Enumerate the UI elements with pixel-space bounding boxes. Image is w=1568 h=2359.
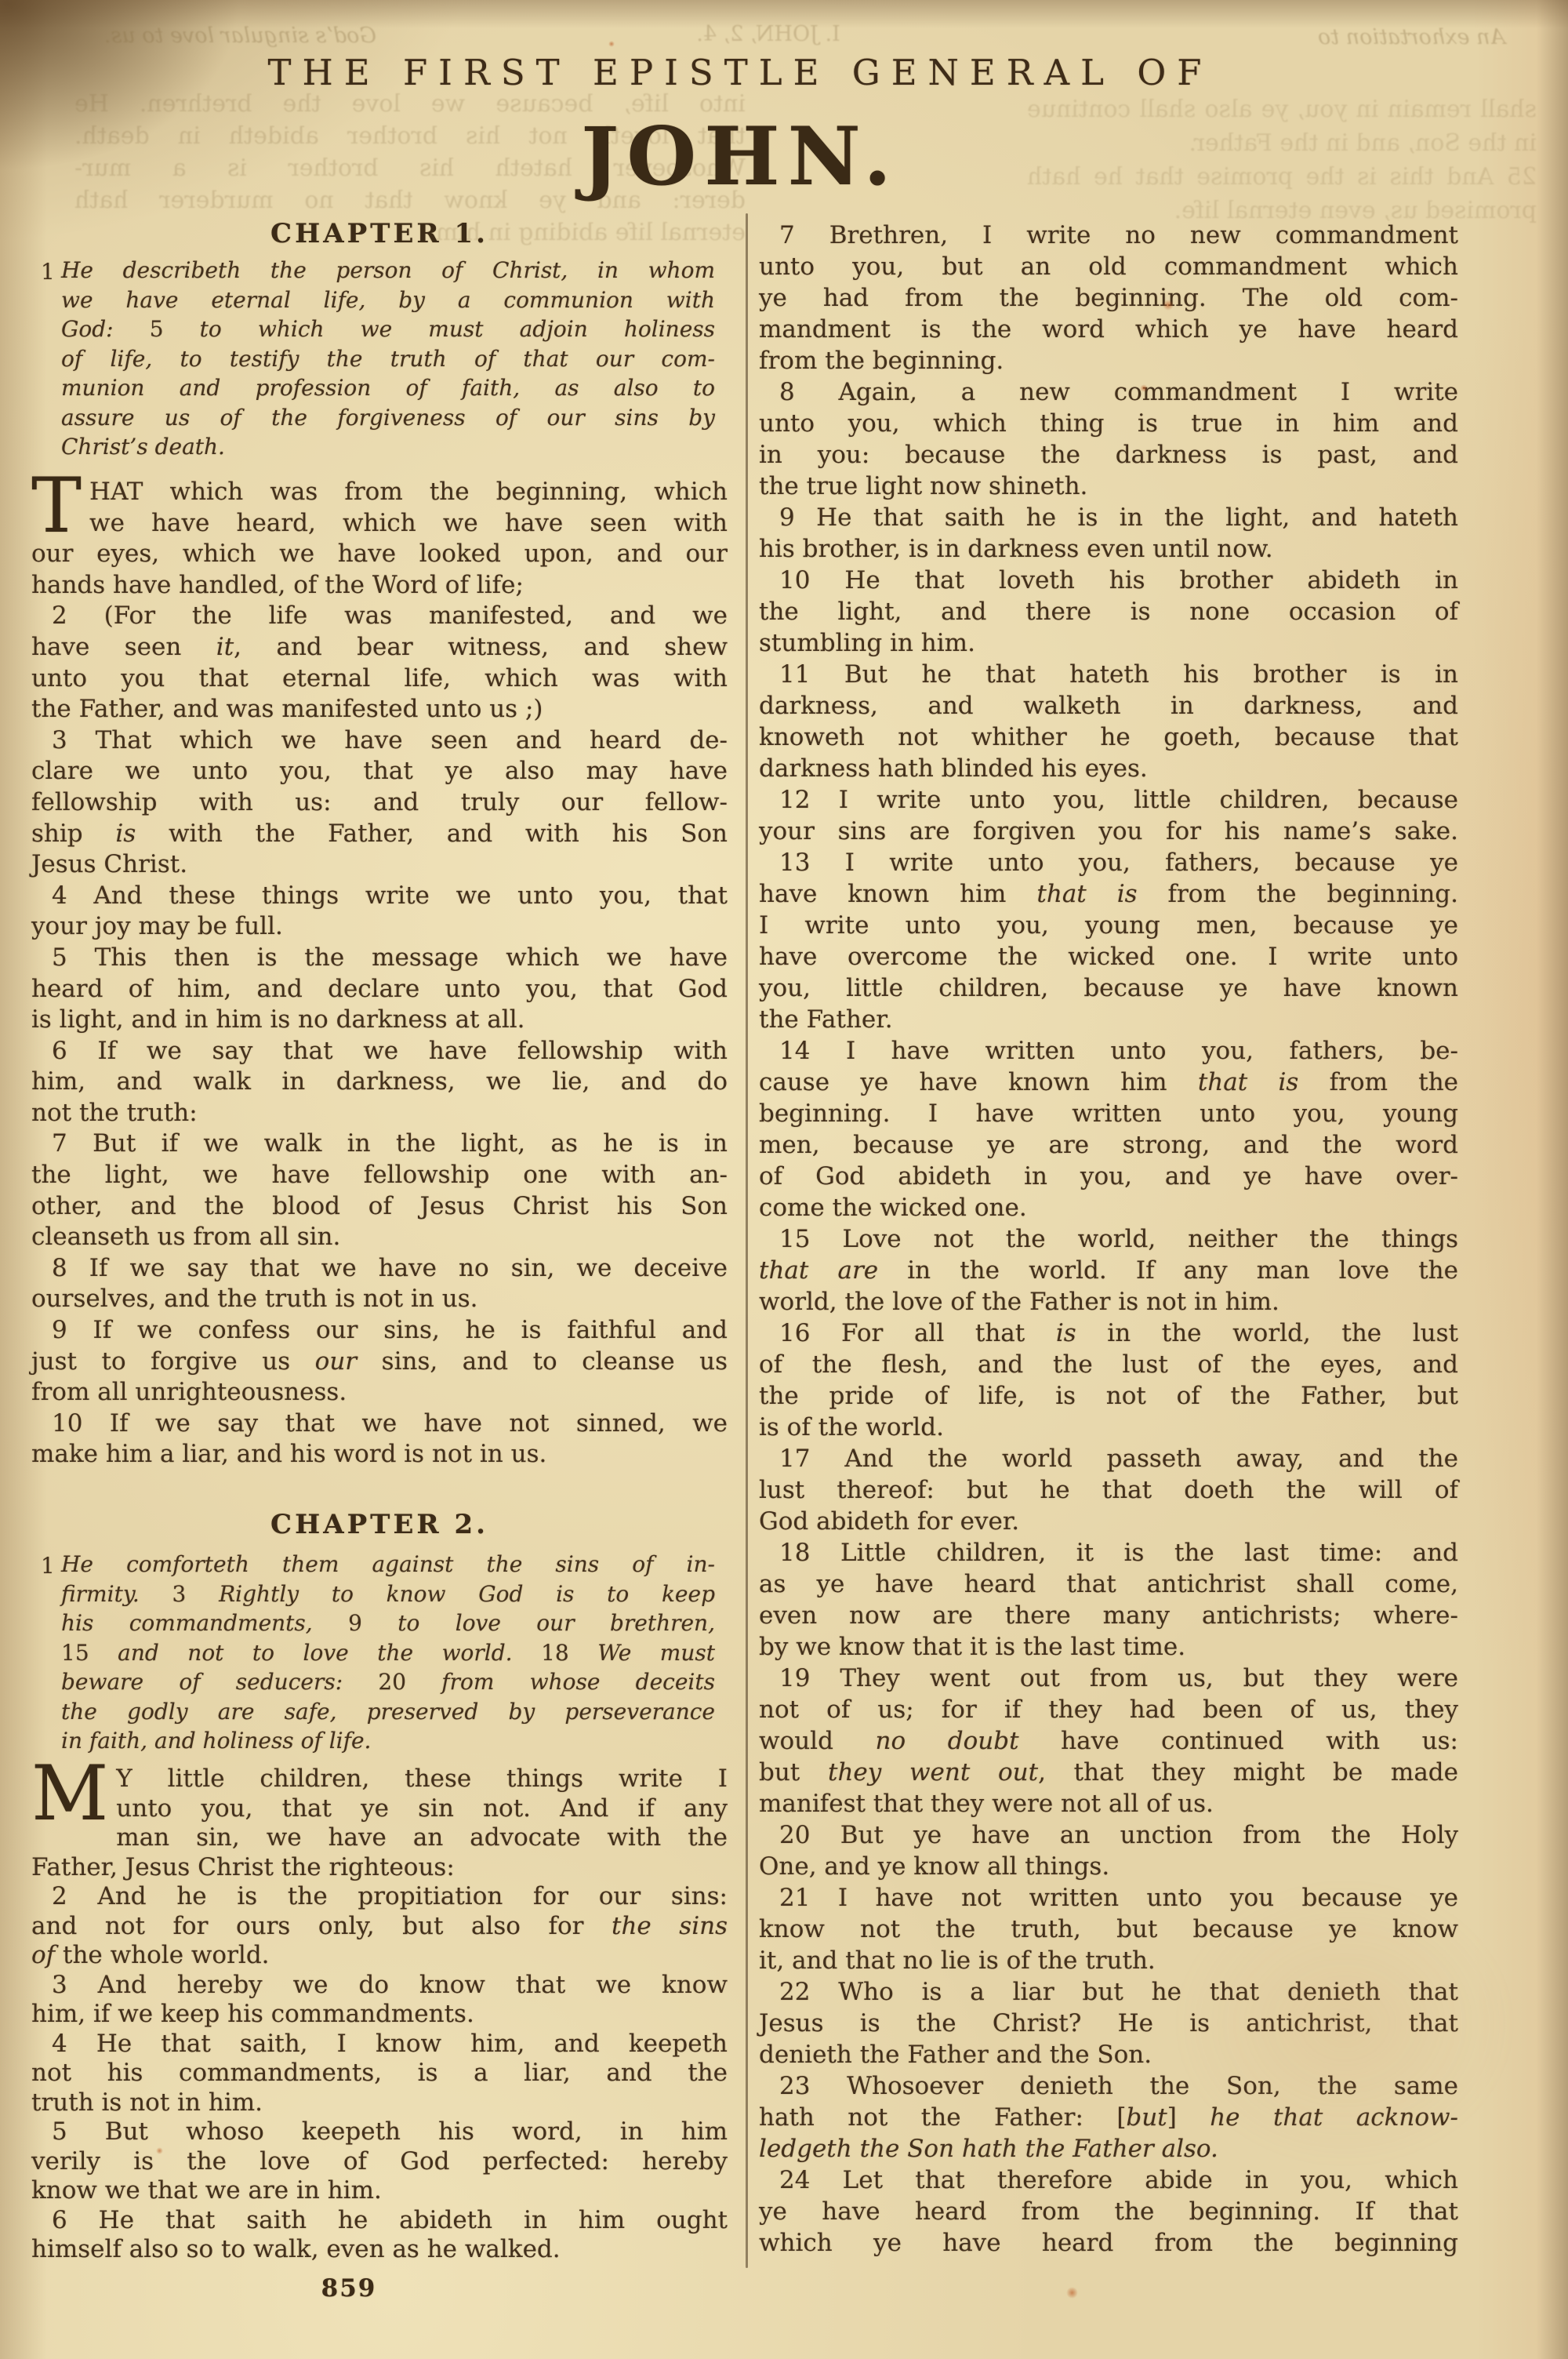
text-line: mandment is the word which ye have heard — [759, 314, 1458, 345]
text-line: the light, and there is none occasion of — [759, 596, 1458, 627]
text-line: from all unrighteousness. — [31, 1377, 728, 1408]
text-line: 7 But if we walk in the light, as he is … — [31, 1129, 728, 1160]
text-line: his commandments, 9 to love our brethren… — [61, 1608, 715, 1638]
text-line: 9 If we confess our sins, he is faithful… — [31, 1315, 728, 1347]
text-line: the godly are safe, preserved by perseve… — [61, 1697, 715, 1727]
chapter-2-summary: 1 He comforteth them against the sins of… — [41, 1550, 715, 1756]
foxing-spot — [1140, 384, 1148, 392]
text-line: Jesus Christ. — [31, 849, 728, 881]
text-line: unto you, which thing is true in him and — [759, 408, 1458, 439]
text-line: lust thereof: but he that doeth the will… — [759, 1474, 1458, 1506]
foxing-spot — [608, 41, 615, 47]
text-line: of the whole world. — [31, 1941, 728, 1971]
text-line: clare we unto you, that ye also may have — [31, 756, 728, 787]
text-line: beware of seducers: 20 from whose deceit… — [61, 1667, 715, 1697]
text-line: make him a liar, and his word is not in … — [31, 1439, 728, 1470]
text-line: I write unto you, young men, because ye — [759, 910, 1458, 941]
text-line: but they went out, that they might be ma… — [759, 1757, 1458, 1788]
foxing-spot — [1163, 300, 1174, 311]
text-line: 6 He that saith he abideth in him ought — [31, 2206, 728, 2236]
text-line: just to forgive us our sins, and to clea… — [31, 1347, 728, 1378]
text-line: hands have handled, of the Word of life; — [31, 570, 728, 602]
text-line: unto you, that ye sin not. And if any — [31, 1794, 728, 1824]
foxing-spot — [1066, 2287, 1078, 2299]
text-line: He comforteth them against the sins of i… — [61, 1550, 715, 1579]
text-line: man sin, we have an advocate with the — [31, 1823, 728, 1853]
text-line: 8 If we say that we have no sin, we dece… — [31, 1253, 728, 1285]
text-line: heard of him, and declare unto you, that… — [31, 974, 728, 1005]
chapter-2-heading: CHAPTER 2. — [31, 1509, 728, 1540]
page-number: 859 — [31, 2274, 666, 2303]
text-line: the true light now shineth. — [759, 471, 1458, 502]
text-line: 3 And hereby we do know that we know — [31, 1971, 728, 2001]
text-line: 10 He that loveth his brother abideth in — [759, 565, 1458, 596]
text-line: which ye have heard from the beginning — [759, 2227, 1458, 2259]
text-line: him, and walk in darkness, we lie, and d… — [31, 1067, 728, 1098]
text-line: 3 That which we have seen and heard de- — [31, 725, 728, 757]
text-line: 18 Little children, it is the last time:… — [759, 1537, 1458, 1568]
text-line: cause ye have known him that is from the — [759, 1067, 1458, 1098]
chapter-1-heading: CHAPTER 1. — [31, 218, 728, 249]
text-line: darkness, and walketh in darkness, and — [759, 690, 1458, 722]
epistle-title: THE FIRST EPISTLE GENERAL OF — [0, 52, 1480, 93]
text-line: even now are there many antichrists; whe… — [759, 1600, 1458, 1631]
text-line: 15 Love not the world, neither the thing… — [759, 1223, 1458, 1255]
text-line: God abideth for ever. — [759, 1506, 1458, 1537]
text-line: 6 If we say that we have fellowship with — [31, 1036, 728, 1067]
text-line: have overcome the wicked one. I write un… — [759, 941, 1458, 972]
text-line: 8 Again, a new commandment I write — [759, 376, 1458, 408]
chapter-2-body: MY little children, these things write I… — [31, 1765, 728, 2265]
text-line: is of the world. — [759, 1412, 1458, 1443]
text-line: by we know that it is the last time. — [759, 1631, 1458, 1663]
text-line: fellowship with us: and truly our fellow… — [31, 787, 728, 819]
text-line: come the wicked one. — [759, 1192, 1458, 1223]
bleedthrough-running-head-left: God’s singular love to us. — [47, 24, 376, 48]
text-line: knoweth not whither he goeth, because th… — [759, 722, 1458, 753]
text-line: ye had from the beginning. The old com- — [759, 282, 1458, 314]
bleedthrough-running-head-center: I. JOHN, 2, 4. — [651, 22, 886, 46]
text-line: munion and profession of faith, as also … — [61, 373, 715, 403]
text-line: 16 For all that is in the world, the lus… — [759, 1318, 1458, 1349]
text-line: manifest that they were not all of us. — [759, 1788, 1458, 1819]
text-line: 12 I write unto you, little children, be… — [759, 784, 1458, 816]
text-line: in faith, and holiness of life. — [61, 1726, 715, 1756]
text-line: cleanseth us from all sin. — [31, 1222, 728, 1253]
text-line: truth is not in him. — [31, 2088, 728, 2118]
text-line: of God abideth in you, and ye have over- — [759, 1161, 1458, 1192]
text-line: we have eternal life, by a communion wit… — [61, 285, 715, 315]
text-line: HAT which was from the beginning, which — [31, 477, 728, 508]
text-line: 7 Brethren, I write no new commandment — [759, 220, 1458, 251]
text-line: not the truth: — [31, 1098, 728, 1129]
text-line: 15 and not to love the world. 18 We must — [61, 1638, 715, 1668]
text-line: 11 But he that hateth his brother is in — [759, 659, 1458, 690]
text-line: 9 He that saith he is in the light, and … — [759, 502, 1458, 533]
text-line: God: 5 to which we must adjoin holiness — [61, 314, 715, 344]
text-line: unto you that eternal life, which was wi… — [31, 663, 728, 695]
text-line: not his commandments, is a liar, and the — [31, 2059, 728, 2088]
text-line: have known him that is from the beginnin… — [759, 878, 1458, 910]
text-line: would no doubt have continued with us: — [759, 1725, 1458, 1757]
text-line: him, if we keep his commandments. — [31, 2000, 728, 2030]
text-line: ourselves, and the truth is not in us. — [31, 1284, 728, 1315]
text-line: his brother, is in darkness even until n… — [759, 533, 1458, 565]
text-line: assure us of the forgiveness of our sins… — [61, 403, 715, 433]
text-line: 5 But whoso keepeth his word, in him — [31, 2117, 728, 2147]
chapter-1-summary-number: 1 — [41, 257, 55, 287]
chapter-1-body: THAT which was from the beginning, which… — [31, 477, 728, 1470]
text-line: Christ’s death. — [61, 432, 715, 462]
text-line: men, because ye are strong, and the word — [759, 1129, 1458, 1161]
text-line: the Father. — [759, 1004, 1458, 1035]
text-line: you, little children, because ye have kn… — [759, 972, 1458, 1004]
chapter-1-summary: 1 He describeth the person of Christ, in… — [41, 256, 715, 462]
text-line: and not for ours only, but also for the … — [31, 1912, 728, 1942]
paper-stain — [1176, 1882, 1513, 2165]
text-line: 4 He that saith, I know him, and keepeth — [31, 2030, 728, 2059]
column-divider-rule — [746, 213, 748, 2268]
text-line: 4 And these things write we unto you, th… — [31, 881, 728, 912]
text-line: in you: because the darkness is past, an… — [759, 439, 1458, 471]
text-line: the Father, and was manifested unto us ;… — [31, 694, 728, 725]
text-line: our eyes, which we have looked upon, and… — [31, 539, 728, 570]
text-line: as ye have heard that antichrist shall c… — [759, 1568, 1458, 1600]
text-line: from the beginning. — [759, 345, 1458, 376]
text-line: He describeth the person of Christ, in w… — [61, 256, 715, 285]
text-line: darkness hath blinded his eyes. — [759, 753, 1458, 784]
text-line: have seen it, and bear witness, and shew — [31, 632, 728, 663]
text-line: 17 And the world passeth away, and the — [759, 1443, 1458, 1474]
text-line: Father, Jesus Christ the righteous: — [31, 1853, 728, 1883]
text-line: 24 Let that therefore abide in you, whic… — [759, 2165, 1458, 2196]
text-line: One, and ye know all things. — [759, 1851, 1458, 1882]
text-line: not of us; for if they had been of us, t… — [759, 1694, 1458, 1725]
foxing-spot — [156, 2147, 163, 2154]
text-line: that are in the world. If any man love t… — [759, 1255, 1458, 1286]
text-line: world, the love of the Father is not in … — [759, 1286, 1458, 1318]
text-line: other, and the blood of Jesus Christ his… — [31, 1191, 728, 1223]
text-line: is light, and in him is no darkness at a… — [31, 1005, 728, 1036]
text-line: your joy may be full. — [31, 911, 728, 943]
bible-page-photo: God’s singular love to us. I. JOHN, 2, 4… — [0, 0, 1568, 2359]
chapter-2-summary-number: 1 — [41, 1551, 55, 1581]
drop-cap: T — [31, 478, 82, 536]
text-line: 10 If we say that we have not sinned, we — [31, 1408, 728, 1440]
text-line: himself also so to walk, even as he walk… — [31, 2235, 728, 2265]
text-line: 5 This then is the message which we have — [31, 943, 728, 974]
text-line: 20 But ye have an unction from the Holy — [759, 1819, 1458, 1851]
text-line: firmity. 3 Rightly to know God is to kee… — [61, 1579, 715, 1609]
text-line: 14 I have written unto you, fathers, be- — [759, 1035, 1458, 1067]
text-line: ye have heard from the beginning. If tha… — [759, 2196, 1458, 2227]
drop-cap: M — [31, 1766, 108, 1824]
text-line: Y little children, these things write I — [31, 1765, 728, 1794]
text-line: we have heard, which we have seen with — [31, 508, 728, 540]
text-line: know we that we are in him. — [31, 2176, 728, 2206]
text-line: verily is the love of God perfected: her… — [31, 2147, 728, 2177]
text-line: your sins are forgiven you for his name’… — [759, 816, 1458, 847]
text-line: of the flesh, and the lust of the eyes, … — [759, 1349, 1458, 1380]
text-line: 13 I write unto you, fathers, because ye — [759, 847, 1458, 878]
text-line: of life, to testify the truth of that ou… — [61, 344, 715, 374]
text-line: the light, we have fellowship one with a… — [31, 1160, 728, 1191]
text-line: 19 They went out from us, but they were — [759, 1663, 1458, 1694]
bleedthrough-running-head-right: An exhortation to — [1223, 25, 1505, 49]
text-line: stumbling in him. — [759, 627, 1458, 659]
book-title: JOHN. — [0, 110, 1480, 204]
text-line: ship is with the Father, and with his So… — [31, 819, 728, 850]
text-line: the pride of life, is not of the Father,… — [759, 1380, 1458, 1412]
text-line: 2 (For the life was manifested, and we — [31, 601, 728, 632]
text-line: unto you, but an old commandment which — [759, 251, 1458, 282]
text-line: 2 And he is the propitiation for our sin… — [31, 1882, 728, 1912]
text-line: beginning. I have written unto you, youn… — [759, 1098, 1458, 1129]
